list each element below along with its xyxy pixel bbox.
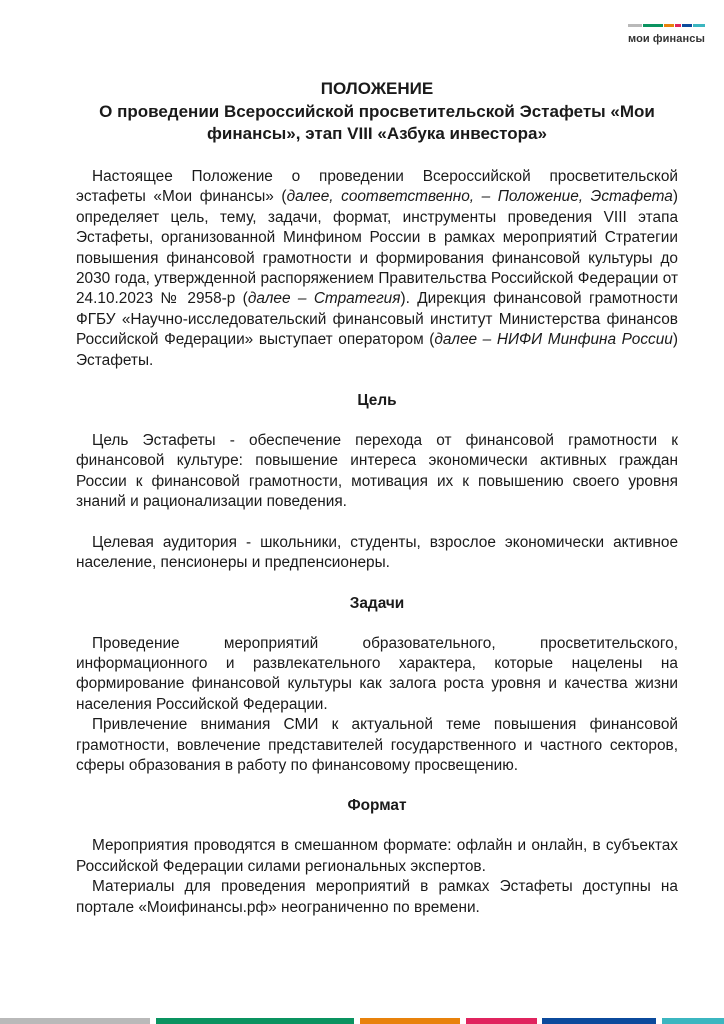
footer-color-bar [0,1018,724,1024]
moi-finansy-logo: мои финансы [628,24,708,45]
document-body: ПОЛОЖЕНИЕ О проведении Всероссийской про… [76,78,678,918]
tasks-paragraph-1: Проведение мероприятий образовательного,… [76,634,678,716]
footer-bar-pink [466,1018,537,1024]
footer-bar-gray [0,1018,150,1024]
section-heading-tasks: Задачи [76,594,678,614]
intro-italic-nifi: далее – НИФИ Минфина России [434,331,672,348]
format-paragraph-2: Материалы для проведения мероприятий в р… [76,877,678,918]
section-heading-format: Формат [76,796,678,816]
footer-bar-teal [662,1018,724,1024]
footer-bar-orange [360,1018,460,1024]
logo-bar-gray [628,24,642,27]
logo-text: мои финансы [628,33,708,45]
logo-bar-teal [693,24,705,27]
footer-bar-green [156,1018,354,1024]
goal-paragraph: Цель Эстафеты - обеспечение перехода от … [76,431,678,513]
intro-paragraph: Настоящее Положение о проведении Всеросс… [76,167,678,371]
intro-italic-strategy: далее – Стратегия [248,290,401,307]
format-paragraph-1: Мероприятия проводятся в смешанном форма… [76,836,678,877]
tasks-paragraph-2: Привлечение внимания СМИ к актуальной те… [76,715,678,776]
footer-bar-blue [542,1018,656,1024]
document-title: ПОЛОЖЕНИЕ [76,78,678,99]
logo-color-bar [628,24,708,27]
intro-italic-definition: далее, соответственно, – Положение, Эста… [287,188,673,205]
audience-paragraph: Целевая аудитория - школьники, студенты,… [76,533,678,574]
section-heading-goal: Цель [76,391,678,411]
logo-bar-blue [682,24,692,27]
logo-bar-green [643,24,663,27]
logo-bar-orange [664,24,674,27]
logo-bar-pink [675,24,681,27]
document-subtitle: О проведении Всероссийской просветительс… [76,101,678,145]
